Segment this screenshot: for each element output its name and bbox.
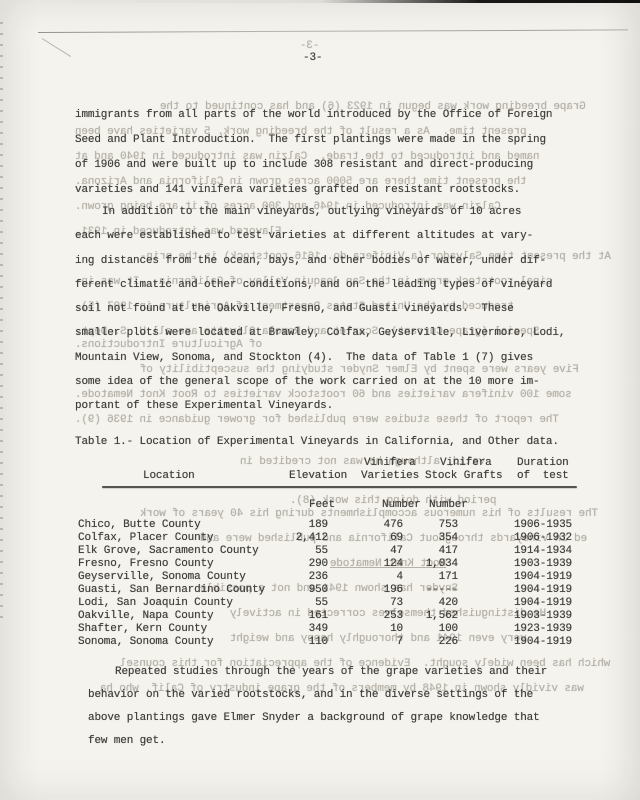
col-header-stock-grafts: Stock Grafts — [425, 470, 502, 482]
cell-stock-grafts: 420 — [403, 597, 458, 609]
cell-stock-grafts: 753 — [403, 519, 458, 531]
table-row: Oakville, Napa County1612531,5621903-193… — [78, 610, 572, 622]
paper-edge-line — [38, 29, 628, 33]
binding-marks — [0, 22, 3, 622]
paragraph-continuation: immigrants from all parts of the world i… — [75, 103, 552, 203]
table-row: Lodi, San Joaquin County55734201904-1919 — [78, 597, 572, 609]
cell-stock-grafts: ----- — [403, 584, 458, 596]
paragraph-main: In addition to the main vineyards, outly… — [75, 200, 565, 419]
text-line: of 1906 and were built up to include 308… — [75, 153, 552, 178]
cell-elevation: 55 — [278, 597, 328, 609]
col-header-duration-bottom: of test — [517, 470, 569, 482]
text-line: above plantings gave Elmer Snyder a back… — [88, 707, 547, 730]
text-line: immigrants from all parts of the world i… — [75, 103, 552, 128]
table-row: Guasti, San Bernardino County950196-----… — [78, 584, 572, 596]
cell-stock-grafts: 354 — [403, 532, 458, 544]
text-line: ing distances from the ocean, bays, and … — [75, 249, 565, 273]
cell-location: Lodi, San Joaquin County — [78, 597, 278, 609]
cell-location: Colfax, Placer County — [78, 532, 278, 544]
cell-varieties: 73 — [328, 597, 403, 609]
units-feet: Feet — [309, 499, 335, 511]
cell-location: Elk Grove, Sacramento County — [78, 545, 278, 557]
table-row: Shafter, Kern County349101001923-1939 — [78, 623, 572, 635]
col-header-location: Location — [143, 470, 195, 482]
cell-duration: 1904-1919 — [458, 597, 572, 609]
cell-elevation: 2,412 — [278, 532, 328, 544]
cell-elevation: 189 — [278, 519, 328, 531]
text-line: Seed and Plant Introduction. The first p… — [75, 128, 552, 153]
cell-varieties: 476 — [328, 519, 403, 531]
cell-stock-grafts: 1,034 — [403, 558, 458, 570]
text-line: few men get. — [88, 730, 547, 753]
cell-duration: 1914-1934 — [458, 545, 572, 557]
table-row: Chico, Butte County1894767531906-1935 — [78, 519, 572, 531]
cell-elevation: 950 — [278, 584, 328, 596]
text-line: some idea of the general scope of the wo… — [75, 370, 565, 394]
scanner-edge-artifact — [0, 0, 640, 3]
cell-duration: 1904-1919 — [458, 571, 572, 583]
cell-duration: 1904-1919 — [458, 636, 572, 648]
cell-elevation: 349 — [278, 623, 328, 635]
cell-elevation: 290 — [278, 558, 328, 570]
cell-elevation: 110 — [278, 636, 328, 648]
cell-varieties: 69 — [328, 532, 403, 544]
cell-stock-grafts: 100 — [403, 623, 458, 635]
paper-crease — [42, 38, 71, 57]
cell-varieties: 124 — [328, 558, 403, 570]
cell-duration: 1904-1919 — [458, 584, 572, 596]
cell-varieties: 253 — [328, 610, 403, 622]
cell-stock-grafts: 171 — [403, 571, 458, 583]
table-caption: Table 1.- Location of Experimental Viney… — [75, 436, 559, 448]
cell-location: Chico, Butte County — [78, 519, 278, 531]
col-header-duration-top: Duration — [517, 457, 569, 469]
col-header-vinifera-varieties-top: Vinifera — [364, 457, 416, 469]
cell-elevation: 55 — [278, 545, 328, 557]
cell-location: Fresno, Fresno County — [78, 558, 278, 570]
text-line: each were established to test varieties … — [75, 224, 565, 248]
cell-duration: 1906-1935 — [458, 519, 572, 531]
table-row: Fresno, Fresno County2901241,0341903-193… — [78, 558, 572, 570]
units-number-2: Number — [429, 499, 468, 511]
col-header-varieties: Varieties — [361, 470, 419, 482]
cell-varieties: 7 — [328, 636, 403, 648]
cell-duration: 1906-1932 — [458, 532, 572, 544]
paragraph-closing: Repeated studies through the years of th… — [88, 661, 547, 753]
cell-location: Oakville, Napa County — [78, 610, 278, 622]
page-number: -3- — [303, 52, 322, 64]
cell-location: Shafter, Kern County — [78, 623, 278, 635]
table-row: Colfax, Placer County2,412693541906-1932 — [78, 532, 572, 544]
col-header-elevation: Elevation — [289, 470, 347, 482]
units-number-1: Number — [382, 499, 421, 511]
text-line: Repeated studies through the years of th… — [88, 661, 547, 684]
cell-varieties: 10 — [328, 623, 403, 635]
cell-varieties: 196 — [328, 584, 403, 596]
cell-duration: 1903-1939 — [458, 558, 572, 570]
cell-stock-grafts: 417 — [403, 545, 458, 557]
table-row: Elk Grove, Sacramento County55474171914-… — [78, 545, 572, 557]
cell-elevation: 236 — [278, 571, 328, 583]
scanned-document-page: -3-Grape breeding work was begun in 1923… — [0, 0, 640, 800]
cell-varieties: 4 — [328, 571, 403, 583]
cell-stock-grafts: 1,562 — [403, 610, 458, 622]
text-line: ferent climatic and other conditions, an… — [75, 273, 565, 297]
cell-location: Geyserville, Sonoma County — [78, 571, 278, 583]
cell-stock-grafts: 226 — [403, 636, 458, 648]
cell-duration: 1903-1939 — [458, 610, 572, 622]
text-line: portant of these Experimental Vineyards. — [75, 394, 565, 418]
text-line: soil not found at the Oakville, Fresno, … — [75, 297, 565, 321]
bleedthrough-line: -3- — [300, 40, 319, 52]
cell-location: Guasti, San Bernardino County — [78, 584, 278, 596]
cell-location: Sonoma, Sonoma County — [78, 636, 278, 648]
cell-duration: 1923-1939 — [458, 623, 572, 635]
table-row: Geyserville, Sonoma County23641711904-19… — [78, 571, 572, 583]
col-header-vinifera-grafts-top: Vinifera — [440, 457, 492, 469]
text-line: Mountain View, Sonoma, and Stockton (4).… — [75, 346, 565, 370]
table-header-rule — [102, 486, 577, 488]
table-row: Sonoma, Sonoma County11072261904-1919 — [78, 636, 572, 648]
text-line: smaller plots were located at Brawley, C… — [75, 321, 565, 345]
cell-varieties: 47 — [328, 545, 403, 557]
text-line: behavior on the varied rootstocks, and i… — [88, 684, 547, 707]
text-line: In addition to the main vineyards, outly… — [75, 200, 565, 224]
cell-elevation: 161 — [278, 610, 328, 622]
